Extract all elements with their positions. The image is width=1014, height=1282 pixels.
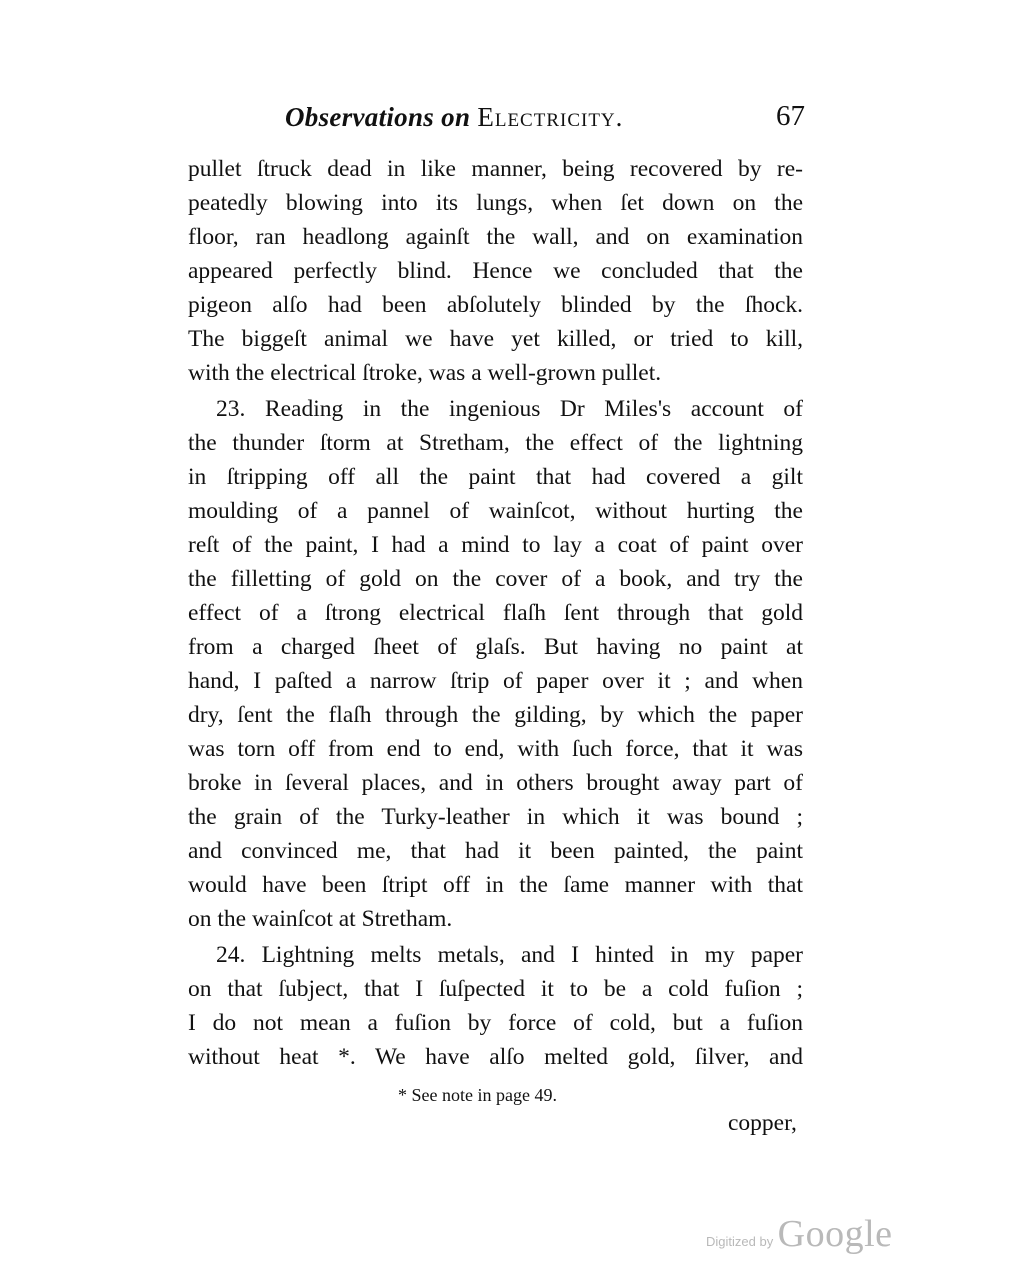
catchword: copper,	[728, 1110, 797, 1137]
text-line: appeared perfectly blind. Hence we concl…	[188, 254, 803, 288]
digitized-by-watermark: Digitized by Google	[706, 1212, 893, 1256]
text-line: in ſtripping off all the paint that had …	[188, 460, 803, 494]
text-line: the thunder ſtorm at Stretham, the effec…	[188, 426, 803, 460]
text-line: pullet ſtruck dead in like manner, being…	[188, 152, 803, 186]
book-page: Observations on Electricity. 67 pullet ſ…	[0, 0, 1014, 1282]
text-line: floor, ran headlong againſt the wall, an…	[188, 220, 803, 254]
text-line: and convinced me, that had it been paint…	[188, 834, 803, 868]
text-line: the grain of the Turky-leather in which …	[188, 800, 803, 834]
paragraph-continuation: pullet ſtruck dead in like manner, being…	[188, 152, 803, 390]
watermark-prefix: Digitized by	[706, 1234, 773, 1249]
text-line: with the electrical ſtroke, was a well-g…	[188, 356, 803, 390]
text-line: 23. Reading in the ingenious Dr Miles's …	[188, 392, 803, 426]
text-line: I do not mean a fuſion by force of cold,…	[188, 1006, 803, 1040]
text-line: without heat *. We have alſo melted gold…	[188, 1040, 803, 1074]
running-title: Observations on Electricity.	[285, 102, 623, 133]
text-line: on that ſubject, that I ſuſpected it to …	[188, 972, 803, 1006]
text-line: dry, ſent the flaſh through the gilding,…	[188, 698, 803, 732]
text-line: The biggeſt animal we have yet killed, o…	[188, 322, 803, 356]
text-line: from a charged ſheet of glaſs. But havin…	[188, 630, 803, 664]
footnote: * See note in page 49.	[398, 1085, 557, 1106]
paragraph-23: 23. Reading in the ingenious Dr Miles's …	[188, 392, 803, 936]
text-line: moulding of a pannel of wainſcot, withou…	[188, 494, 803, 528]
text-line: would have been ſtript off in the ſame m…	[188, 868, 803, 902]
running-header: Observations on Electricity. 67	[185, 100, 805, 144]
text-line: the filletting of gold on the cover of a…	[188, 562, 803, 596]
text-line: broke in ſeveral places, and in others b…	[188, 766, 803, 800]
text-line: reſt of the paint, I had a mind to lay a…	[188, 528, 803, 562]
body-text: pullet ſtruck dead in like manner, being…	[188, 152, 803, 1074]
text-line: on the wainſcot at Stretham.	[188, 902, 803, 936]
text-line: pigeon alſo had been abſolutely blinded …	[188, 288, 803, 322]
text-line: peatedly blowing into its lungs, when ſe…	[188, 186, 803, 220]
running-title-caps: Electricity.	[477, 102, 623, 132]
running-title-italic: Observations on	[285, 102, 470, 132]
google-logo-text: Google	[778, 1213, 893, 1255]
text-line: hand, I paſted a narrow ſtrip of paper o…	[188, 664, 803, 698]
text-line: effect of a ſtrong electrical flaſh ſent…	[188, 596, 803, 630]
text-line: 24. Lightning melts metals, and I hinted…	[188, 938, 803, 972]
text-line: was torn off from end to end, with ſuch …	[188, 732, 803, 766]
paragraph-24: 24. Lightning melts metals, and I hinted…	[188, 938, 803, 1074]
page-number: 67	[776, 100, 805, 133]
